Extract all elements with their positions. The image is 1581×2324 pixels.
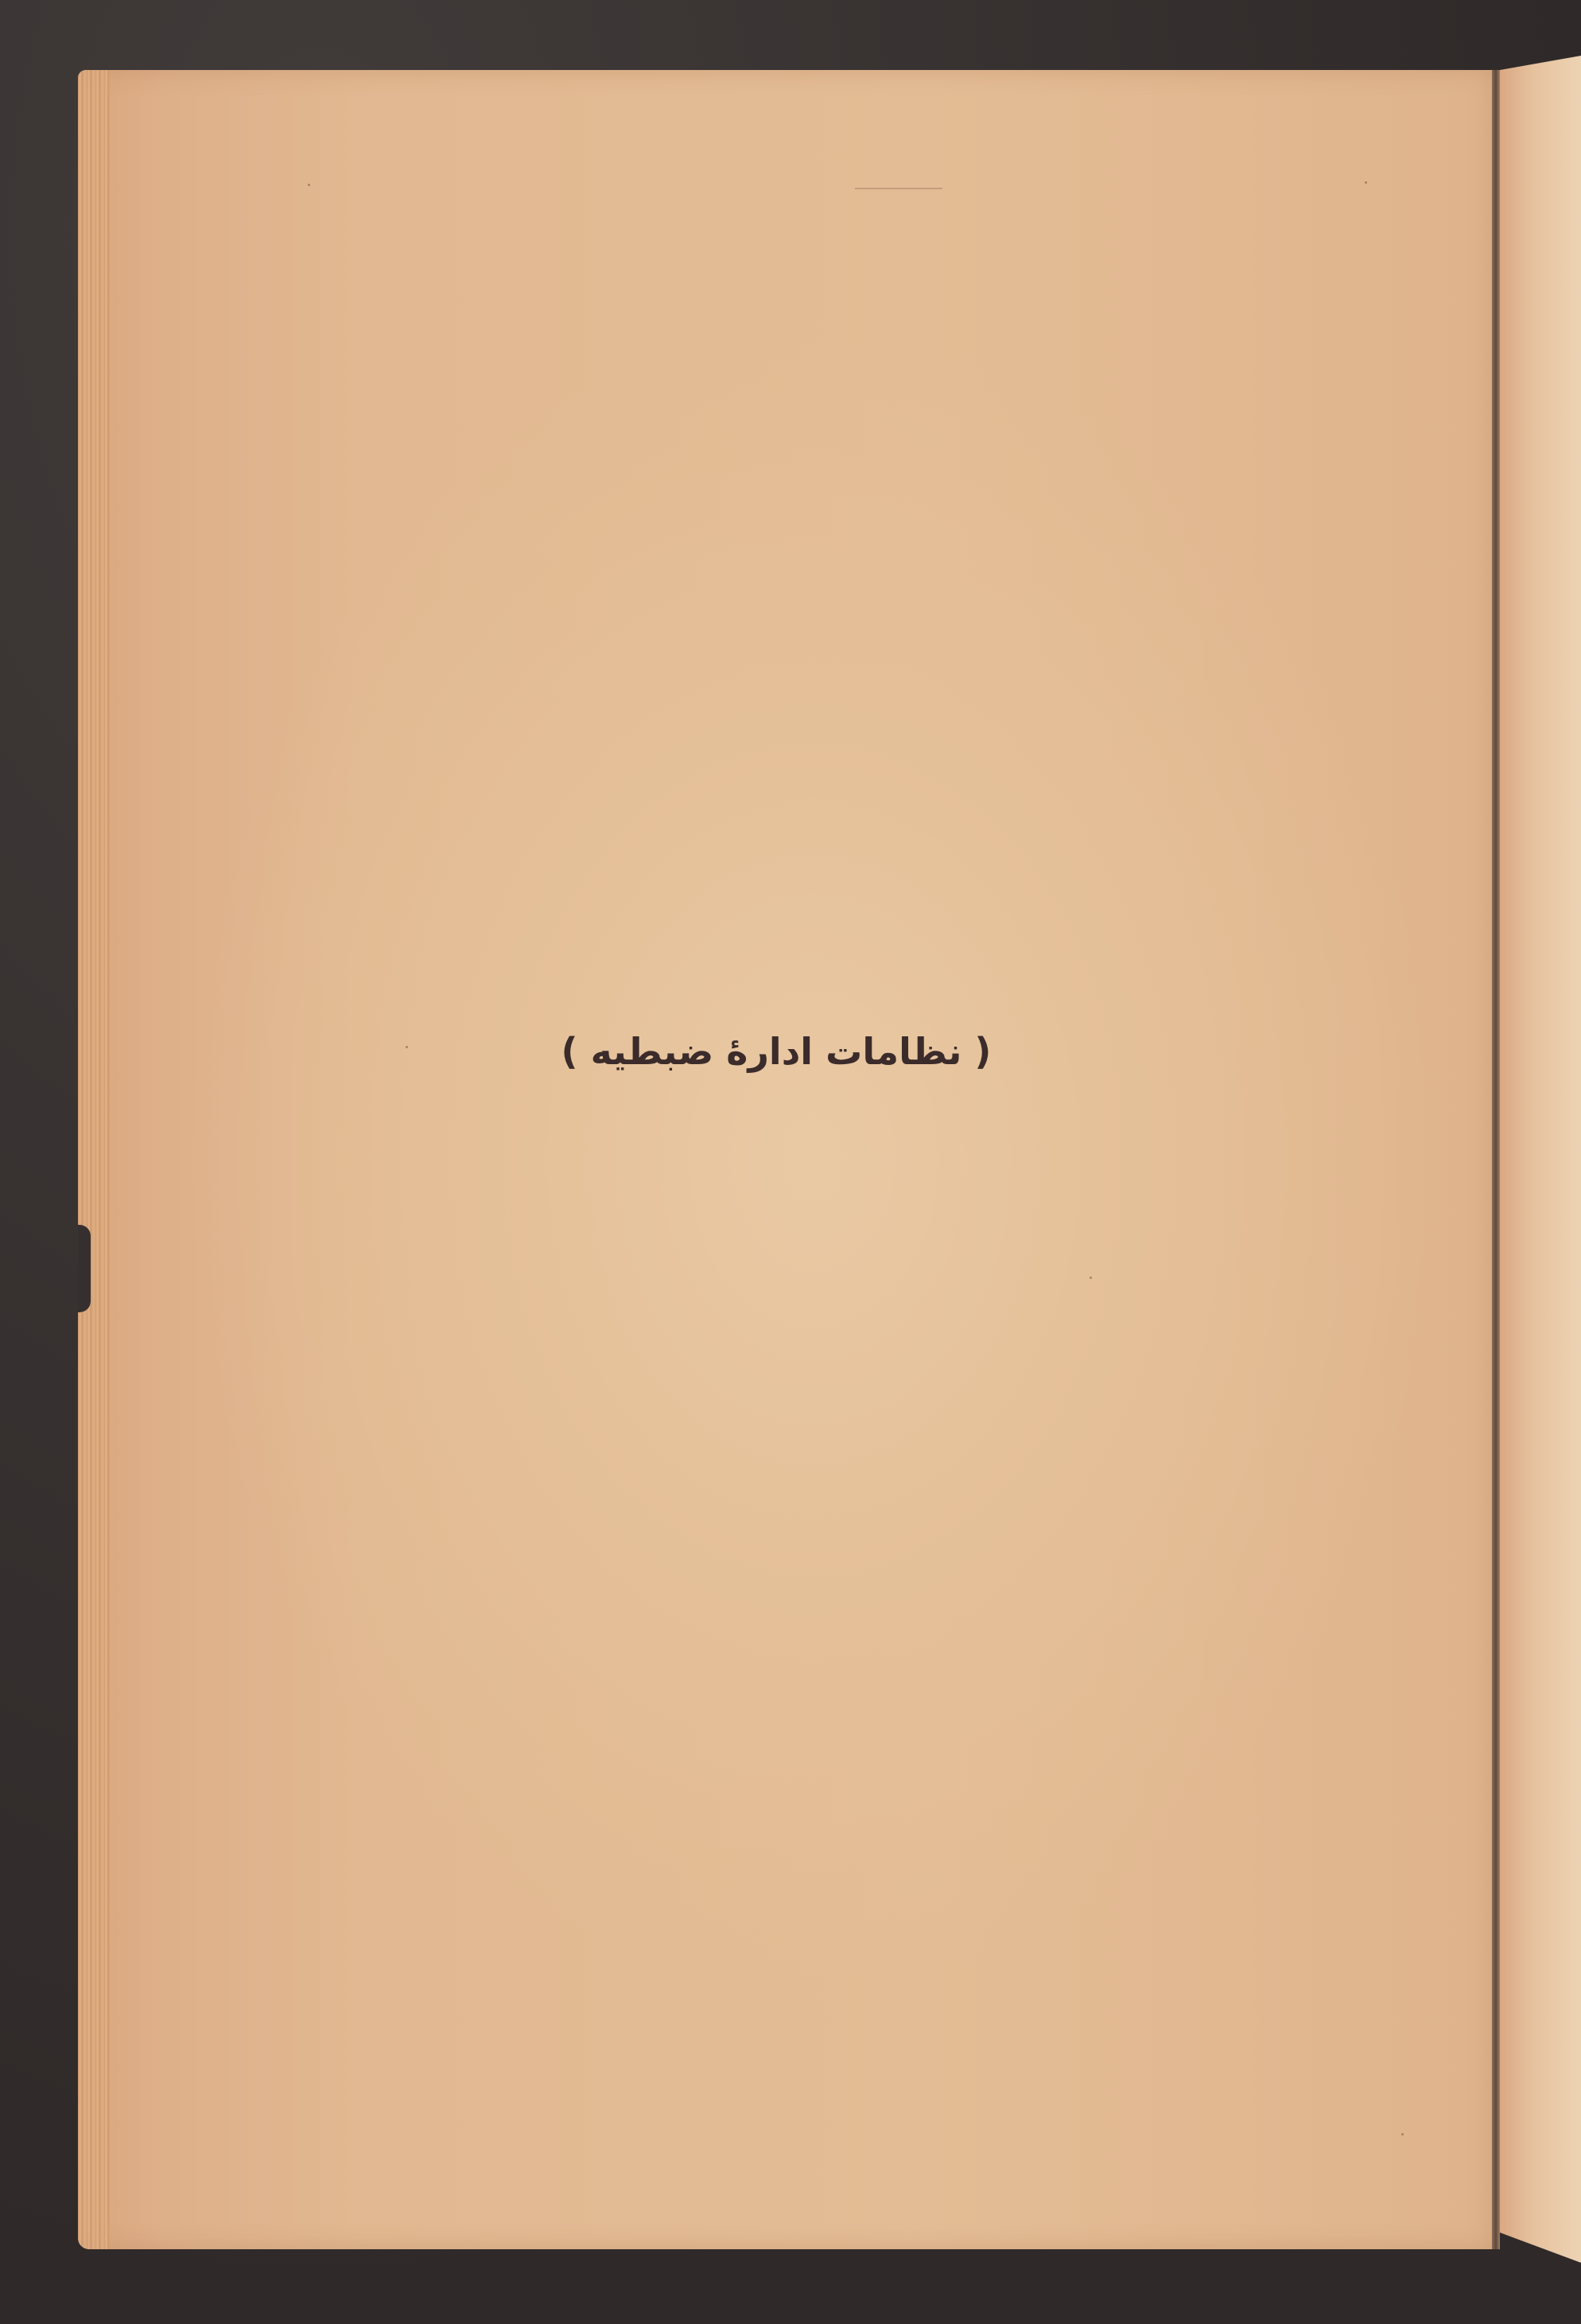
title-text: ( نظامات ادارهٔ ضبطیه ) <box>561 1030 992 1073</box>
paper-speck <box>1090 1277 1092 1279</box>
book-page <box>78 70 1492 2249</box>
paper-speck <box>1365 181 1367 184</box>
book-gutter <box>1492 70 1500 2249</box>
page-title: ( نظامات ادارهٔ ضبطیه ) <box>0 1030 1581 1073</box>
paper-speck <box>1401 2133 1404 2136</box>
page-stack-edges <box>78 70 110 2249</box>
paper-speck <box>308 184 310 186</box>
faint-mark <box>855 188 942 189</box>
facing-page-edge <box>1500 56 1581 2263</box>
page-edge-notch <box>78 1225 91 1312</box>
